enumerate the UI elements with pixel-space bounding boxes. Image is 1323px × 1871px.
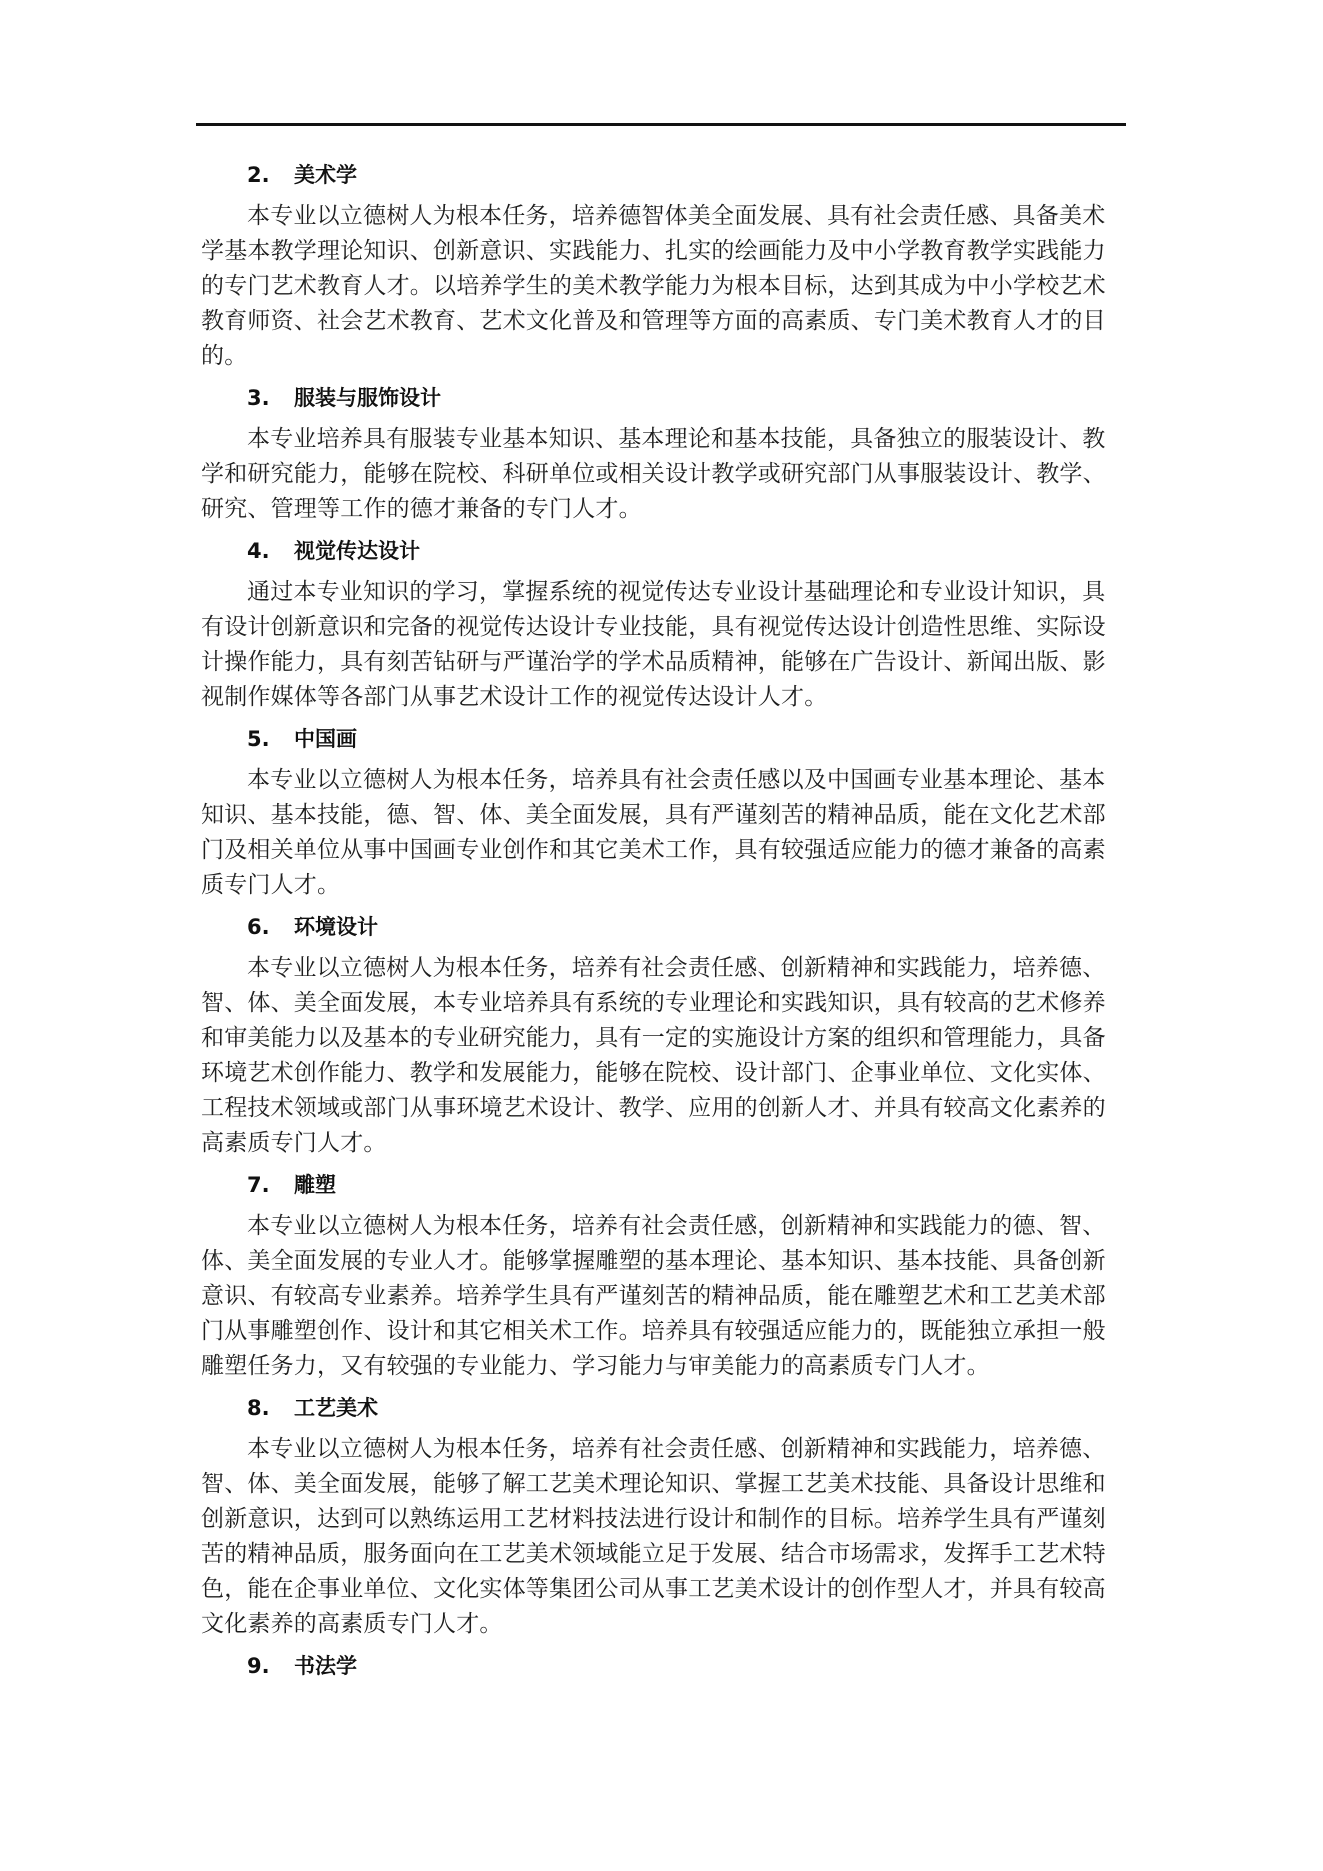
paragraph-line: 苦的精神品质，服务面向在工艺美术领域能立足于发展、结合市场需求，发挥手工艺术特	[201, 1537, 1113, 1572]
paragraph-line: 本专业以立德树人为根本任务，培养有社会责任感，创新精神和实践能力的德、智、	[201, 1209, 1113, 1244]
section-title: 服装与服饰设计	[294, 374, 441, 422]
section: 6.环境设计本专业以立德树人为根本任务，培养有社会责任感、创新精神和实践能力，培…	[201, 903, 1113, 1161]
paragraph-line: 的。	[201, 339, 1113, 374]
paragraph-line: 本专业以立德树人为根本任务，培养有社会责任感、创新精神和实践能力，培养德、	[201, 1432, 1113, 1467]
paragraph-line: 创新意识，达到可以熟练运用工艺材料技法进行设计和制作的目标。培养学生具有严谨刻	[201, 1502, 1113, 1537]
section-number: 6.	[247, 903, 270, 951]
section-heading: 7.雕塑	[201, 1161, 1113, 1209]
paragraph-line: 计操作能力，具有刻苦钻研与严谨治学的学术品质精神，能够在广告设计、新闻出版、影	[201, 645, 1113, 680]
section-title: 工艺美术	[294, 1384, 378, 1432]
section-number: 8.	[247, 1384, 270, 1432]
section-paragraph: 本专业以立德树人为根本任务，培养有社会责任感、创新精神和实践能力，培养德、智、体…	[201, 951, 1113, 1161]
section-number: 2.	[247, 151, 270, 199]
section-paragraph: 本专业以立德树人为根本任务，培养德智体美全面发展、具有社会责任感、具备美术学基本…	[201, 199, 1113, 374]
document-content: 2.美术学本专业以立德树人为根本任务，培养德智体美全面发展、具有社会责任感、具备…	[201, 151, 1113, 1690]
paragraph-line: 质专门人才。	[201, 868, 1113, 903]
section-heading: 4.视觉传达设计	[201, 527, 1113, 575]
section-paragraph: 本专业以立德树人为根本任务，培养有社会责任感、创新精神和实践能力，培养德、智、体…	[201, 1432, 1113, 1642]
paragraph-line: 工程技术领域或部门从事环境艺术设计、教学、应用的创新人才、并具有较高文化素养的	[201, 1091, 1113, 1126]
paragraph-line: 的专门艺术教育人才。以培养学生的美术教学能力为根本目标，达到其成为中小学校艺术	[201, 269, 1113, 304]
section: 9.书法学	[201, 1642, 1113, 1690]
section-number: 5.	[247, 715, 270, 763]
paragraph-line: 有设计创新意识和完备的视觉传达设计专业技能，具有视觉传达设计创造性思维、实际设	[201, 610, 1113, 645]
paragraph-line: 体、美全面发展的专业人才。能够掌握雕塑的基本理论、基本知识、基本技能、具备创新	[201, 1244, 1113, 1279]
section-paragraph: 通过本专业知识的学习，掌握系统的视觉传达专业设计基础理论和专业设计知识，具有设计…	[201, 575, 1113, 715]
header-rule	[196, 123, 1126, 126]
section-title: 中国画	[294, 715, 357, 763]
section: 8.工艺美术本专业以立德树人为根本任务，培养有社会责任感、创新精神和实践能力，培…	[201, 1384, 1113, 1642]
section-heading: 2.美术学	[201, 151, 1113, 199]
section-paragraph: 本专业培养具有服装专业基本知识、基本理论和基本技能，具备独立的服装设计、教学和研…	[201, 422, 1113, 527]
section: 7.雕塑本专业以立德树人为根本任务，培养有社会责任感，创新精神和实践能力的德、智…	[201, 1161, 1113, 1384]
paragraph-line: 智、体、美全面发展，能够了解工艺美术理论知识、掌握工艺美术技能、具备设计思维和	[201, 1467, 1113, 1502]
section-title: 环境设计	[294, 903, 378, 951]
paragraph-line: 通过本专业知识的学习，掌握系统的视觉传达专业设计基础理论和专业设计知识，具	[201, 575, 1113, 610]
paragraph-line: 智、体、美全面发展，本专业培养具有系统的专业理论和实践知识，具有较高的艺术修养	[201, 986, 1113, 1021]
section-heading: 6.环境设计	[201, 903, 1113, 951]
section: 4.视觉传达设计通过本专业知识的学习，掌握系统的视觉传达专业设计基础理论和专业设…	[201, 527, 1113, 715]
paragraph-line: 高素质专门人才。	[201, 1126, 1113, 1161]
section-heading: 9.书法学	[201, 1642, 1113, 1690]
paragraph-line: 研究、管理等工作的德才兼备的专门人才。	[201, 492, 1113, 527]
paragraph-line: 知识、基本技能，德、智、体、美全面发展，具有严谨刻苦的精神品质，能在文化艺术部	[201, 798, 1113, 833]
paragraph-line: 门及相关单位从事中国画专业创作和其它美术工作，具有较强适应能力的德才兼备的高素	[201, 833, 1113, 868]
paragraph-line: 本专业以立德树人为根本任务，培养德智体美全面发展、具有社会责任感、具备美术	[201, 199, 1113, 234]
paragraph-line: 学和研究能力，能够在院校、科研单位或相关设计教学或研究部门从事服装设计、教学、	[201, 457, 1113, 492]
paragraph-line: 视制作媒体等各部门从事艺术设计工作的视觉传达设计人才。	[201, 680, 1113, 715]
paragraph-line: 教育师资、社会艺术教育、艺术文化普及和管理等方面的高素质、专门美术教育人才的目	[201, 304, 1113, 339]
paragraph-line: 和审美能力以及基本的专业研究能力，具有一定的实施设计方案的组织和管理能力，具备	[201, 1021, 1113, 1056]
paragraph-line: 文化素养的高素质专门人才。	[201, 1607, 1113, 1642]
section-heading: 3.服装与服饰设计	[201, 374, 1113, 422]
section: 3.服装与服饰设计本专业培养具有服装专业基本知识、基本理论和基本技能，具备独立的…	[201, 374, 1113, 527]
paragraph-line: 环境艺术创作能力、教学和发展能力，能够在院校、设计部门、企事业单位、文化实体、	[201, 1056, 1113, 1091]
section-number: 7.	[247, 1161, 270, 1209]
section-number: 3.	[247, 374, 270, 422]
section: 5.中国画本专业以立德树人为根本任务，培养具有社会责任感以及中国画专业基本理论、…	[201, 715, 1113, 903]
section-title: 视觉传达设计	[294, 527, 420, 575]
section-paragraph: 本专业以立德树人为根本任务，培养具有社会责任感以及中国画专业基本理论、基本知识、…	[201, 763, 1113, 903]
paragraph-line: 本专业培养具有服装专业基本知识、基本理论和基本技能，具备独立的服装设计、教	[201, 422, 1113, 457]
section-heading: 8.工艺美术	[201, 1384, 1113, 1432]
section-title: 美术学	[294, 151, 357, 199]
section-number: 9.	[247, 1642, 270, 1690]
paragraph-line: 本专业以立德树人为根本任务，培养具有社会责任感以及中国画专业基本理论、基本	[201, 763, 1113, 798]
paragraph-line: 本专业以立德树人为根本任务，培养有社会责任感、创新精神和实践能力，培养德、	[201, 951, 1113, 986]
paragraph-line: 雕塑任务力，又有较强的专业能力、学习能力与审美能力的高素质专门人才。	[201, 1349, 1113, 1384]
paragraph-line: 意识、有较高专业素养。培养学生具有严谨刻苦的精神品质，能在雕塑艺术和工艺美术部	[201, 1279, 1113, 1314]
section-number: 4.	[247, 527, 270, 575]
section-heading: 5.中国画	[201, 715, 1113, 763]
paragraph-line: 门从事雕塑创作、设计和其它相关术工作。培养具有较强适应能力的，既能独立承担一般	[201, 1314, 1113, 1349]
section: 2.美术学本专业以立德树人为根本任务，培养德智体美全面发展、具有社会责任感、具备…	[201, 151, 1113, 374]
section-title: 雕塑	[294, 1161, 336, 1209]
paragraph-line: 色，能在企事业单位、文化实体等集团公司从事工艺美术设计的创作型人才，并具有较高	[201, 1572, 1113, 1607]
paragraph-line: 学基本教学理论知识、创新意识、实践能力、扎实的绘画能力及中小学教育教学实践能力	[201, 234, 1113, 269]
section-paragraph: 本专业以立德树人为根本任务，培养有社会责任感，创新精神和实践能力的德、智、体、美…	[201, 1209, 1113, 1384]
section-title: 书法学	[294, 1642, 357, 1690]
